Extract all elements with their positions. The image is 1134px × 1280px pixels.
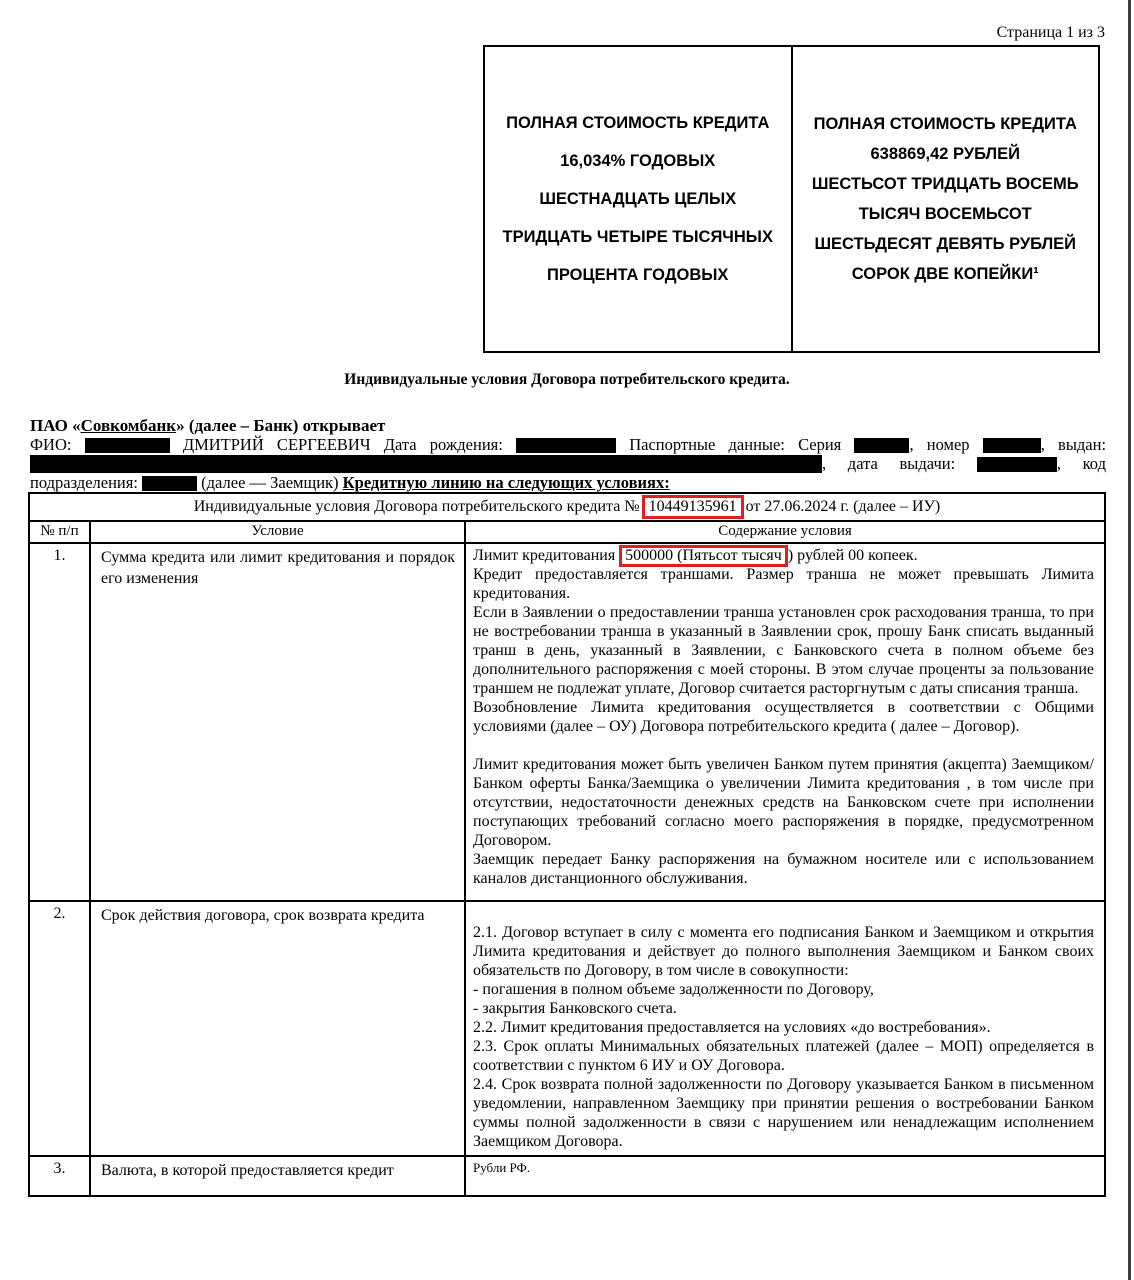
psk-rate-lines: ПОЛНАЯ СТОИМОСТЬ КРЕДИТА16,034% ГОДОВЫХШ… (503, 104, 773, 294)
bank-line-prefix: ПАО « (30, 416, 81, 435)
list-item (473, 736, 1094, 755)
row-condition: Срок действия договора, срок возврата кр… (91, 902, 466, 1155)
subdivision-label: подразделения: (30, 473, 138, 492)
list-item: 2.2. Лимит кредитования предоставляется … (473, 1018, 1094, 1037)
redaction-box (85, 438, 170, 453)
list-item: 638869,42 РУБЛЕЙ (812, 139, 1079, 169)
list-item: 2.4. Срок возврата полной задолженности … (473, 1075, 1094, 1151)
list-item: ТРИДЦАТЬ ЧЕТЫРЕ ТЫСЯЧНЫХ (503, 218, 773, 256)
list-item: ШЕСТЬСОТ ТРИДЦАТЬ ВОСЕМЬ (812, 169, 1079, 199)
row-number: 3. (30, 1157, 91, 1195)
table-title: Индивидуальные условия Договора потребит… (30, 494, 1104, 522)
row-paragraphs: Кредит предоставляется траншами. Размер … (473, 565, 1094, 888)
list-item: ШЕСТЬДЕСЯТ ДЕВЯТЬ РУБЛЕЙ (812, 229, 1079, 259)
row-number: 1. (30, 544, 91, 900)
borrower-line-1: ФИО: ДМИТРИЙ СЕРГЕЕВИЧ Дата рождения: Па… (30, 435, 1106, 454)
row-content: Лимит кредитования 500000 (Пятьсот тысяч… (466, 544, 1104, 900)
redaction-box (854, 438, 909, 453)
column-header-content: Содержание условия (466, 522, 1104, 542)
bank-line: ПАО «Совкомбанк» (далее – Банк) открывае… (30, 416, 1106, 435)
document-title: Индивидуальные условия Договора потребит… (0, 371, 1134, 389)
contract-number-highlight: 10449135961 (642, 495, 744, 519)
passport-number-label: , номер (909, 435, 982, 454)
list-item: 2.3. Срок оплаты Минимальных обязательны… (473, 1037, 1094, 1075)
birth-date-label: Дата рождения: (384, 435, 503, 454)
psk-rate-box: ПОЛНАЯ СТОИМОСТЬ КРЕДИТА16,034% ГОДОВЫХШ… (485, 47, 793, 351)
borrower-line-3: подразделения: (далее — Заемщик) Кредитн… (30, 473, 1106, 492)
list-item: ШЕСТНАДЦАТЬ ЦЕЛЫХ (503, 180, 773, 218)
page-number: Страница 1 из 3 (0, 24, 1105, 42)
issued-by-label: , выдан: (1041, 435, 1106, 454)
borrower-name: ДМИТРИЙ СЕРГЕЕВИЧ (183, 435, 371, 454)
list-item: 16,034% ГОДОВЫХ (503, 142, 773, 180)
table-title-prefix: Индивидуальные условия Договора потребит… (194, 498, 640, 515)
borrower-line-2: , дата выдачи: , код (30, 454, 1106, 473)
issue-date-label: , дата выдачи: (822, 454, 977, 473)
redaction-box (142, 476, 197, 491)
column-header-condition: Условие (91, 522, 466, 542)
table-row: 2. Срок действия договора, срок возврата… (30, 900, 1104, 1155)
row-condition: Валюта, в которой предоставляется кредит (91, 1157, 466, 1195)
list-item: ПРОЦЕНТА ГОДОВЫХ (503, 256, 773, 294)
page-edge-strip (1128, 0, 1131, 1280)
borrower-section: ПАО «Совкомбанк» (далее – Банк) открывае… (30, 416, 1106, 492)
row-paragraphs: 2.1. Договор вступает в силу с момента е… (473, 904, 1094, 1151)
credit-limit-line: Лимит кредитования 500000 (Пятьсот тысяч… (473, 546, 1094, 565)
list-item: СОРОК ДВЕ КОПЕЙКИ¹ (812, 259, 1079, 289)
credit-line-emphasis: Кредитную линию на следующих условиях: (343, 473, 670, 492)
list-item: ТЫСЯЧ ВОСЕМЬСОТ (812, 199, 1079, 229)
passport-label: Паспортные данные: Серия (629, 435, 841, 454)
redaction-box (983, 438, 1041, 453)
table-row: 1. Сумма кредита или лимит кредитования … (30, 542, 1104, 900)
list-item: - погашения в полном объеме задолженност… (473, 980, 1094, 999)
credit-limit-prefix: Лимит кредитования (473, 547, 619, 564)
column-header-num: № п/п (30, 522, 91, 542)
currency-value: Рубли РФ. (473, 1159, 1094, 1176)
list-item: Лимит кредитования может быть увеличен Б… (473, 755, 1094, 850)
redaction-box (30, 455, 822, 473)
row-content: 2.1. Договор вступает в силу с момента е… (466, 902, 1104, 1155)
psk-amount-lines: ПОЛНАЯ СТОИМОСТЬ КРЕДИТА638869,42 РУБЛЕЙ… (812, 109, 1079, 289)
borrower-alias-label: (далее — Заемщик) (201, 473, 338, 492)
redaction-box (977, 457, 1057, 472)
bank-name: Совкомбанк (81, 416, 176, 435)
redaction-box (516, 438, 616, 453)
code-label: , код (1057, 454, 1106, 473)
list-item: - закрытия Банковского счета. (473, 999, 1094, 1018)
row-condition: Сумма кредита или лимит кредитования и п… (91, 544, 466, 900)
credit-limit-suffix: ) рублей 00 копеек. (788, 547, 918, 564)
list-item: Возобновление Лимита кредитования осущес… (473, 698, 1094, 736)
list-item: ПОЛНАЯ СТОИМОСТЬ КРЕДИТА (812, 109, 1079, 139)
row-content: Рубли РФ. (466, 1157, 1104, 1195)
list-item: 2.1. Договор вступает в силу с момента е… (473, 923, 1094, 980)
table-column-headers: № п/п Условие Содержание условия (30, 522, 1104, 542)
list-item (473, 904, 1094, 923)
fio-label: ФИО: (30, 435, 71, 454)
bank-line-suffix: » (далее – Банк) открывает (176, 416, 385, 435)
list-item: Заемщик передает Банку распоряжения на б… (473, 850, 1094, 888)
table-title-suffix: от 27.06.2024 г. (далее – ИУ) (746, 498, 941, 515)
psk-amount-box: ПОЛНАЯ СТОИМОСТЬ КРЕДИТА638869,42 РУБЛЕЙ… (793, 47, 1099, 351)
psk-box-table: ПОЛНАЯ СТОИМОСТЬ КРЕДИТА16,034% ГОДОВЫХШ… (483, 45, 1100, 353)
list-item: Кредит предоставляется траншами. Размер … (473, 565, 1094, 603)
conditions-table: Индивидуальные условия Договора потребит… (28, 492, 1106, 1197)
credit-limit-highlight: 500000 (Пятьсот тысяч (619, 545, 788, 567)
table-row: 3. Валюта, в которой предоставляется кре… (30, 1155, 1104, 1195)
row-number: 2. (30, 902, 91, 1155)
list-item: ПОЛНАЯ СТОИМОСТЬ КРЕДИТА (503, 104, 773, 142)
list-item: Если в Заявлении о предоставлении транша… (473, 603, 1094, 698)
